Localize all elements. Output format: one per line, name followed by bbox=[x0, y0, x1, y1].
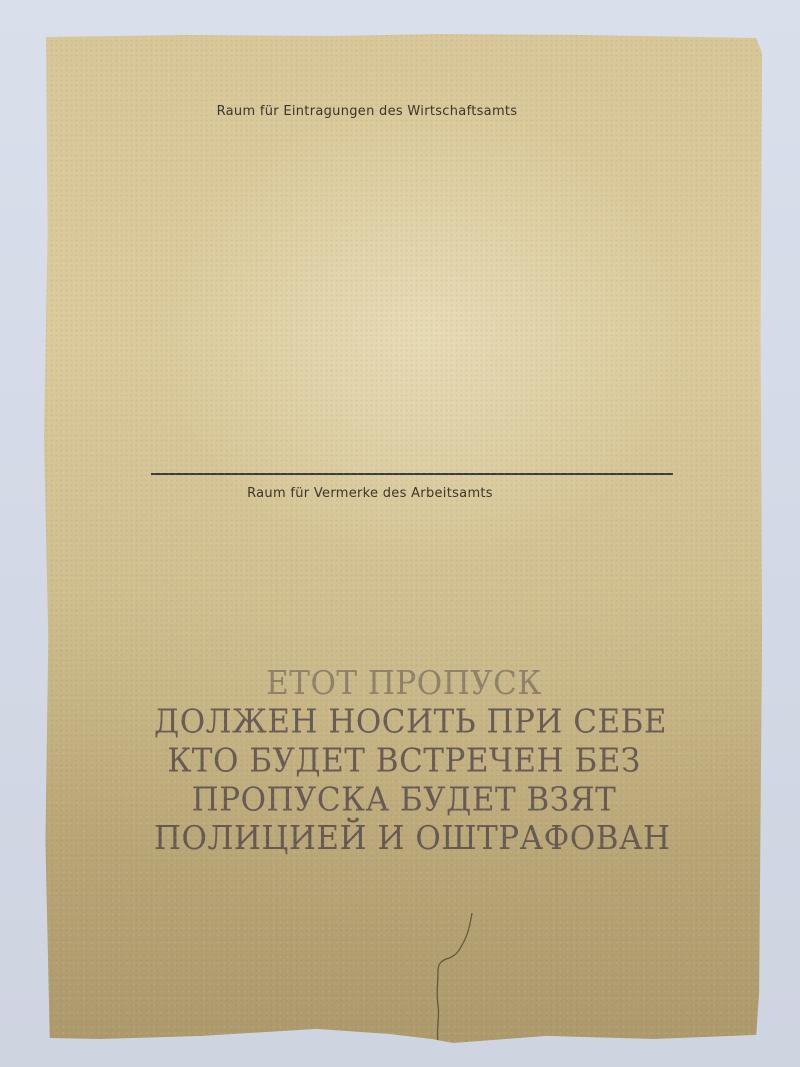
paper-tear-crease bbox=[424, 913, 484, 1043]
section-divider-rule bbox=[151, 473, 673, 475]
stamp-line-3: КТО БУДЕТ ВСТРЕЧЕН БЕЗ bbox=[154, 742, 654, 781]
section-heading-labor-office: Raum für Vermerke des Arbeitsamts bbox=[11, 486, 729, 501]
stamp-line-5: ПОЛИЦИЕЙ И ОШТРАФОВАН bbox=[154, 820, 654, 859]
section-heading-economic-office: Raum für Eintragungen des Wirtschaftsamt… bbox=[8, 104, 726, 119]
stamp-line-1: ЕТОТ ПРОПУСК bbox=[154, 664, 654, 703]
stamp-line-2: ДОЛЖЕН НОСИТЬ ПРИ СЕБЕ bbox=[154, 703, 654, 742]
russian-ink-stamp: ЕТОТ ПРОПУСК ДОЛЖЕН НОСИТЬ ПРИ СЕБЕ КТО … bbox=[154, 664, 654, 858]
document-sheet: Raum für Eintragungen des Wirtschaftsamt… bbox=[44, 33, 762, 1043]
stamp-line-4: ПРОПУСКА БУДЕТ ВЗЯТ bbox=[154, 781, 654, 820]
